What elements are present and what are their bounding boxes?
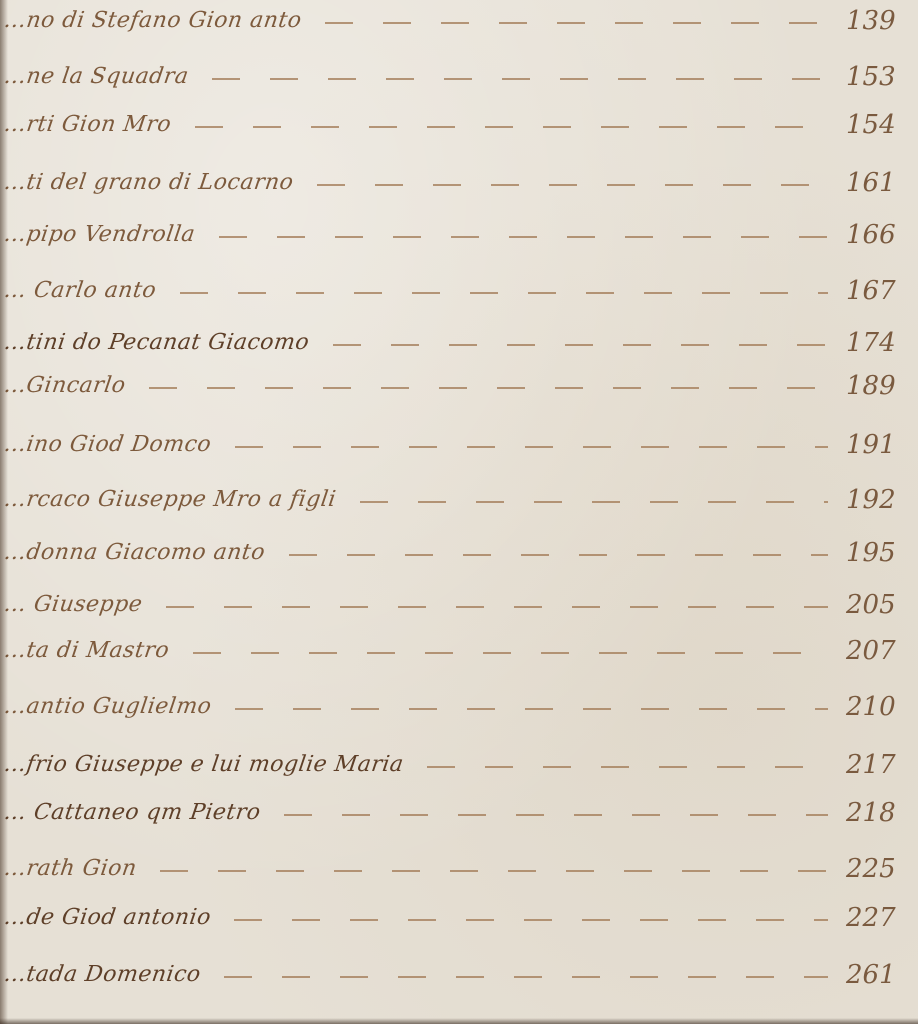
entry-name: …tada Domenico — [2, 962, 202, 987]
entry-name: …rath Gion — [2, 856, 138, 881]
entry-page-number: 195 — [846, 538, 918, 568]
index-entry: …Gincarlo189 — [0, 373, 918, 403]
index-entry: …no di Stefano Gion anto139 — [0, 8, 918, 38]
entry-page-number: 207 — [846, 636, 918, 666]
dash-leader — [289, 554, 828, 556]
index-entry: … Carlo anto167 — [0, 278, 918, 308]
index-entry: …ino Giod Domco191 — [0, 432, 918, 462]
dash-leader — [235, 708, 828, 710]
dash-leader — [333, 344, 828, 346]
index-entry: … Giuseppe205 — [0, 592, 918, 622]
entry-page-number: 261 — [846, 960, 918, 990]
entry-page-number: 210 — [846, 692, 918, 722]
index-entry: …rcaco Giuseppe Mro a figli192 — [0, 487, 918, 517]
dash-leader — [149, 387, 828, 389]
entry-page-number: 174 — [846, 328, 918, 358]
entry-page-number: 161 — [846, 168, 918, 198]
entry-name: …tini do Pecanat Giacomo — [2, 330, 311, 355]
dash-leader — [195, 126, 828, 128]
dash-leader — [317, 184, 828, 186]
index-entry: …rath Gion225 — [0, 856, 918, 886]
entry-name: …donna Giacomo anto — [2, 540, 267, 565]
dash-leader — [427, 766, 828, 768]
entry-page-number: 154 — [846, 110, 918, 140]
entry-page-number: 205 — [846, 590, 918, 620]
dash-leader — [166, 606, 828, 608]
entry-name: …pipo Vendrolla — [2, 222, 197, 247]
dash-leader — [234, 919, 828, 921]
entry-page-number: 217 — [846, 750, 918, 780]
dash-leader — [284, 814, 828, 816]
index-entry: …tada Domenico261 — [0, 962, 918, 992]
dash-leader — [235, 446, 828, 448]
entry-page-number: 225 — [846, 854, 918, 884]
dash-leader — [325, 22, 828, 24]
entry-name: …no di Stefano Gion anto — [2, 8, 303, 33]
entry-page-number: 218 — [846, 798, 918, 828]
dash-leader — [224, 976, 828, 978]
entry-page-number: 189 — [846, 371, 918, 401]
entry-name: …ti del grano di Locarno — [2, 170, 295, 195]
dash-leader — [212, 78, 828, 80]
index-entry: … Cattaneo qm Pietro218 — [0, 800, 918, 830]
entry-page-number: 166 — [846, 220, 918, 250]
entry-name: …Gincarlo — [2, 373, 127, 398]
index-entry: …rti Gion Mro154 — [0, 112, 918, 142]
index-entry: …antio Guglielmo210 — [0, 694, 918, 724]
entry-name: …frio Giuseppe e lui moglie Maria — [2, 752, 405, 777]
index-entry: …ta di Mastro207 — [0, 638, 918, 668]
entry-page-number: 167 — [846, 276, 918, 306]
dash-leader — [193, 652, 828, 654]
index-entry: …de Giod antonio227 — [0, 905, 918, 935]
index-entry: …tini do Pecanat Giacomo174 — [0, 330, 918, 360]
entry-name: … Carlo anto — [2, 278, 158, 303]
entry-page-number: 192 — [846, 485, 918, 515]
entry-name: … Cattaneo qm Pietro — [2, 800, 262, 825]
entry-page-number: 191 — [846, 430, 918, 460]
entry-name: … Giuseppe — [2, 592, 144, 617]
index-entry: …ti del grano di Locarno161 — [0, 170, 918, 200]
index-entry: …ne la Squadra153 — [0, 64, 918, 94]
entry-name: …rti Gion Mro — [2, 112, 173, 137]
dash-leader — [360, 501, 828, 503]
entry-page-number: 227 — [846, 903, 918, 933]
entry-name: …rcaco Giuseppe Mro a figli — [2, 487, 338, 512]
page-edge-shadow — [0, 0, 8, 1024]
entry-name: …ino Giod Domco — [2, 432, 213, 457]
entry-name: …ta di Mastro — [2, 638, 171, 663]
dash-leader — [180, 292, 828, 294]
entry-page-number: 139 — [846, 6, 918, 36]
index-entry: …donna Giacomo anto195 — [0, 540, 918, 570]
entry-page-number: 153 — [846, 62, 918, 92]
dash-leader — [160, 870, 828, 872]
index-entry: …frio Giuseppe e lui moglie Maria217 — [0, 752, 918, 782]
manuscript-page: …no di Stefano Gion anto139…ne la Squadr… — [0, 0, 918, 1024]
page-bottom-shadow — [0, 1018, 918, 1024]
dash-leader — [219, 236, 828, 238]
entry-name: …de Giod antonio — [2, 905, 212, 930]
index-entry: …pipo Vendrolla166 — [0, 222, 918, 252]
entry-name: …antio Guglielmo — [2, 694, 213, 719]
entry-name: …ne la Squadra — [2, 64, 190, 89]
